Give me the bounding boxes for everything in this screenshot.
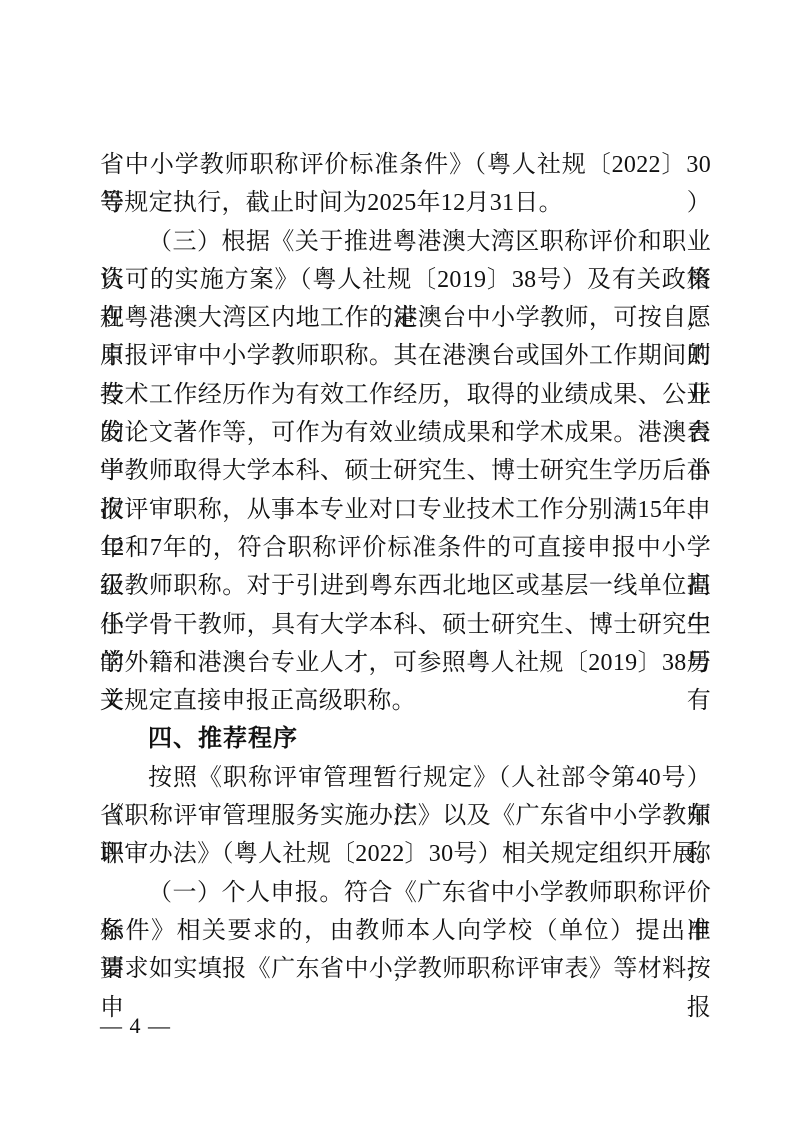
text-line: 学教师取得大学本科、硕士研究生、博士研究生学历后首次申	[100, 452, 711, 490]
text-line: 级教师职称。对于引进到粤东西北地区或基层一线单位担任中	[100, 567, 711, 605]
text-line: 申报评审中小学教师职称。其在港澳台或国外工作期间的专业	[100, 337, 711, 375]
text-line: 年和7年的，符合职称评价标准条件的可直接申报中小学正高	[100, 529, 711, 567]
text-line: （三）根据《关于推进粤港澳大湾区职称评价和职业资格	[100, 223, 711, 261]
text-line: 评审办法》（粤人社规〔2022〕30号）相关规定组织开展。	[100, 835, 711, 873]
text-line: 小学骨干教师，具有大学本科、硕士研究生、博士研究生学历	[100, 606, 711, 644]
text-line: 报评审职称，从事本专业对口专业技术工作分别满15年、12	[100, 491, 711, 529]
text-line: 的外籍和港澳台专业人才，可参照粤人社规〔2019〕38号文有	[100, 644, 711, 682]
text-line: 按照《职称评审管理暂行规定》（人社部令第40号）《广东	[100, 759, 711, 797]
text-line: 省职称评审管理服务实施办法》以及《广东省中小学教师职称	[100, 797, 711, 835]
text-line: 条件》相关要求的，由教师本人向学校（单位）提出申请，按	[100, 912, 711, 950]
text-line: 省中小学教师职称评价标准条件》（粤人社规〔2022〕30号）	[100, 146, 711, 184]
page-footer: — 4 —	[100, 1012, 171, 1040]
text-block: 省中小学教师职称评价标准条件》（粤人社规〔2022〕30号）等规定执行，截止时间…	[100, 146, 711, 989]
text-line: 技术工作经历作为有效工作经历，取得的业绩成果、公开发表	[100, 376, 711, 414]
text-line: 认可的实施方案》（粤人社规〔2019〕38号）及有关政策规定，	[100, 261, 711, 299]
section-heading: 四、推荐程序	[100, 720, 711, 758]
document-page: 省中小学教师职称评价标准条件》（粤人社规〔2022〕30号）等规定执行，截止时间…	[0, 0, 800, 1131]
text-line: 要求如实填报《广东省中小学教师职称评审表》等材料，申报	[100, 950, 711, 988]
page-number: — 4 —	[100, 1013, 171, 1038]
text-line: （一）个人申报。符合《广东省中小学教师职称评价标准	[100, 874, 711, 912]
text-line: 在粤港澳大湾区内地工作的港澳台中小学教师，可按自愿原则	[100, 299, 711, 337]
text-line: 的论文著作等，可作为有效业绩成果和学术成果。港澳台中小	[100, 414, 711, 452]
